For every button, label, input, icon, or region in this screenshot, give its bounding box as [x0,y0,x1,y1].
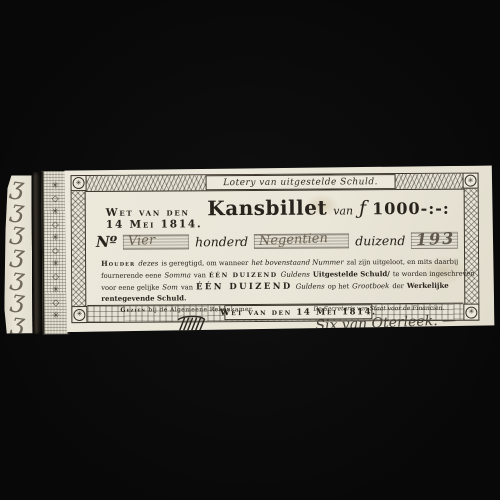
corner-rosette: ✳ [71,175,87,191]
photo-background: ʒ ʒ ʒ ʒ ʒ ʒ ʒ ✳◇✳◇✳◇✳◇✳◇✳ ✳ ✳ ✳ [0,0,500,500]
gezien-word: Gezien [120,307,146,314]
body-segment: is geregtigd, om wanneer [161,259,248,268]
bill-content: Wet van den 14 Mei 1814. Kansbillet van … [92,189,459,306]
script-flourish-icon: ʒ [10,245,26,265]
border-left-band [72,191,87,306]
bill-paper: ✳ ✳ ✳ ✳ Lotery van uitgestelde Schuld. W… [64,165,494,332]
secretary-signature: Six van Oterleek. — [316,312,457,334]
handwritten-hundreds-field: Vier [123,234,189,249]
header-row: Wet van den 14 Mei 1814. Kansbillet van … [92,195,458,231]
handwriting: Negentien [259,231,328,249]
body-segment: Werkelijke [407,280,449,289]
body-segment: Somma [164,271,191,279]
script-flourish-icon: ʒ [11,312,27,332]
body-segment: te worden ingeschreven [393,269,475,277]
rekenkamer-attestation: Gezien bij de Algemeene Rekenkamer. [120,306,254,314]
top-banner-cartouche: Lotery van uitgestelde Schuld. [206,174,396,190]
van-word: van [333,204,353,217]
signature-row: Six van Oterleek. — [92,313,458,345]
kansbillet-document: ʒ ʒ ʒ ʒ ʒ ʒ ʒ ✳◇✳◇✳◇✳◇✳◇✳ ✳ ✳ ✳ [1,165,494,337]
rekenkamer-text: bij de Algemeene Rekenkamer. [148,306,254,314]
denomination-amount: 1000-:-: [372,199,450,218]
duizend-word: duizend [355,233,405,248]
body-paragraph: Houderdezesis geregtigd, om wanneerhet b… [92,255,458,303]
body-segment: fournerende eene [101,271,161,279]
body-segment: Som [162,283,178,291]
corner-rosette: ✳ [71,306,87,323]
body-segment: ÉÉN DUIZEND [196,281,293,292]
script-flourish-icon: ʒ [10,290,26,310]
body-segment: Houder [101,259,135,268]
rosette-icon: ✳ [465,175,477,187]
honderd-word: honderd [195,233,248,248]
body-segment: dezes [138,260,158,268]
body-segment: van [181,283,193,291]
corner-rosette: ✳ [463,304,479,321]
body-segment: Guldens [281,270,310,278]
body-segment: rentegevende Schuld. [101,294,186,304]
law-date-text: Wet van den 14 Mei 1814. [106,206,208,231]
body-segment: op het [328,282,349,290]
body-segment: Uitgestelde Schuld/ [313,269,390,278]
body-segment: zal zijn uitgeloot, en mits daarbij [347,258,459,267]
handwriting: Vier [128,233,156,249]
serial-number-row: Nº Vier honderd Negentien duizend 193 [92,231,458,251]
body-segment: Grootboek [352,282,389,290]
secretary-title-text: De Secretaris van Staat voor de Financie… [313,305,444,313]
body-segment: der [392,282,403,290]
body-segment: voor eene gelijke [101,283,159,291]
body-segment: het bovenstaand Nummer [251,258,343,267]
corner-rosette: ✳ [463,173,479,189]
body-segment: Guldens [296,282,325,290]
rosette-icon: ✳ [73,308,85,320]
body-segment: van [194,271,206,279]
serial-number-field: 193 [411,231,458,248]
rosette-icon: ✳ [465,306,477,318]
number-label: Nº [96,233,117,251]
counterfoil-stub: ʒ ʒ ʒ ʒ ʒ ʒ ʒ [4,175,33,333]
signature-scribble-icon [170,314,218,342]
body-line: rentegevende Schuld. [101,290,452,303]
florin-symbol: ƒ [359,197,366,219]
title-group: Kansbillet van ƒ 1000-:-: [207,195,450,220]
bill-title: Kansbillet [207,196,327,221]
printed-border-frame: ✳ ✳ ✳ ✳ Lotery van uitgestelde Schuld. W… [71,173,480,323]
serial-number: 193 [416,229,456,250]
rosette-icon: ✳ [73,177,85,189]
top-banner-text: Lotery van uitgestelde Schuld. [223,177,378,188]
rekenkamer-signature [170,314,218,346]
handwritten-thousands-field: Negentien [254,233,349,249]
border-right-band [464,189,479,304]
body-segment: ÉÉN DUIZEND [209,272,278,279]
ornament-chain-icon: ✳◇✳◇✳◇✳◇✳◇✳ [50,181,61,324]
